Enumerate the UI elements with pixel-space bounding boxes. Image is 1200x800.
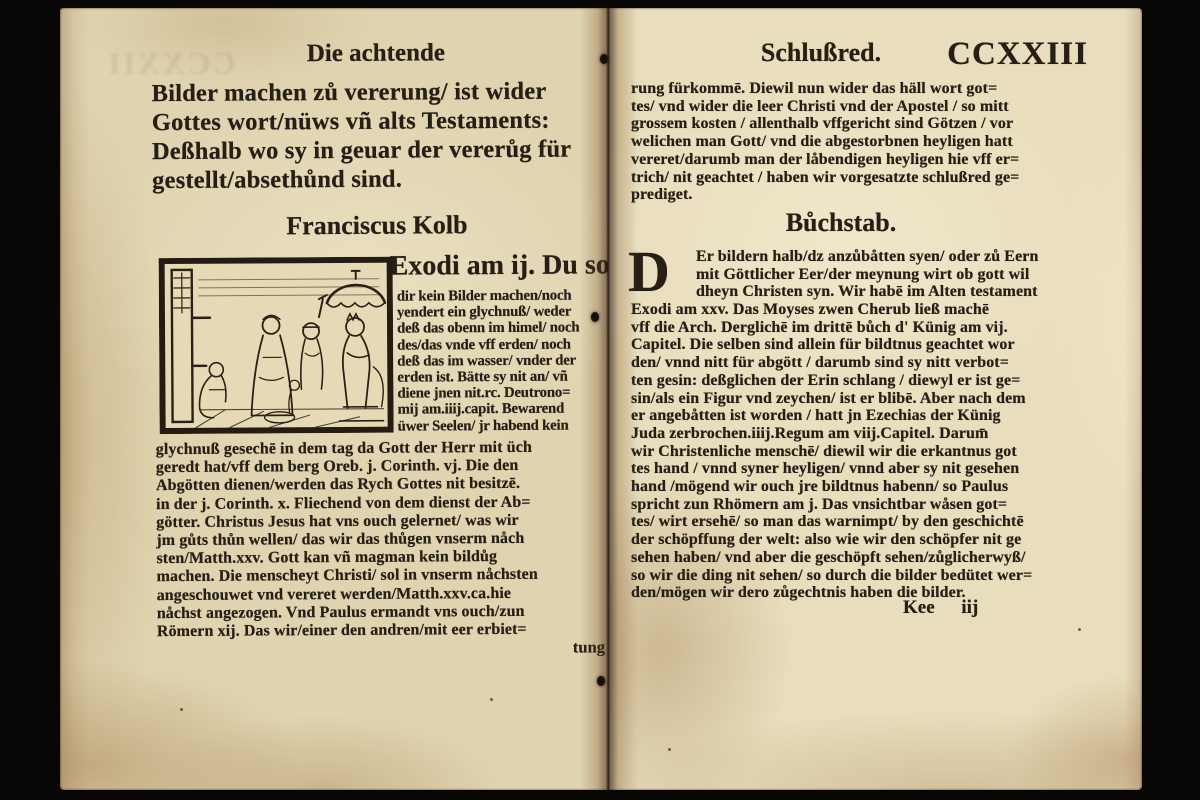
summary-line: gestellt/absethůnd sind. [152, 163, 604, 195]
right-page-content: Schlußred. CCXXIII rung fürkommē. Diewil… [608, 8, 1142, 790]
text-line: yendert ein glychnuß/ weder [397, 304, 579, 321]
right-body-text: Exodi am xxv. Das Moyses zwen Cherub lie… [631, 301, 1089, 602]
text-line: deß das obenn im himel/ noch [397, 320, 579, 337]
paper-speck [1078, 628, 1081, 631]
right-page: Schlußred. CCXXIII rung fürkommē. Diewil… [608, 8, 1142, 790]
text-line: sin/als ein Figur vnd zeychen/ ist er bl… [631, 390, 1089, 408]
summary-line: Deßhalb wo sy in geuar der vererůg für [152, 134, 604, 166]
intro-large-line: Exodi am ij. Du solt [390, 249, 608, 282]
running-header-left: Die achtende [153, 38, 598, 69]
text-line: tes/ vnd wider die leer Christi vnd der … [631, 98, 1089, 116]
text-line: sehen haben/ vnd aber die geschöpft sehe… [631, 549, 1089, 567]
summary-line: Gottes wort/nüws vñ alts Testaments: [152, 105, 604, 137]
dropcap-indented-lines: Er bildern halb/dz anzůbåtten syen/ oder… [696, 248, 1089, 301]
text-line: ten gesin: deßglichen der Erin schlang /… [631, 372, 1089, 390]
text-line: Er bildern halb/dz anzůbåtten syen/ oder… [696, 248, 1089, 266]
text-line: spricht zun Rhömern am j. Das vnsichtbar… [631, 496, 1089, 514]
drop-cap-D: D [628, 244, 670, 300]
closing-paragraph: rung fürkommē. Diewil nun wider das häll… [631, 80, 1089, 204]
left-body-text: glychnuß gesechē in dem tag da Gott der … [156, 438, 605, 641]
text-line: trich/ nit geachtet / haben wir vorgesat… [631, 169, 1089, 187]
text-line: Exodi am xxv. Das Moyses zwen Cherub lie… [631, 301, 1089, 319]
sewing-hole [600, 54, 608, 64]
text-line: vff die Arch. Derglichē im drittē bůch d… [631, 319, 1089, 337]
text-line: vereret/darumb man der låbendigen heylig… [631, 151, 1089, 169]
text-line: wir Christenliche menschē/ diewil wir di… [631, 443, 1089, 461]
summary-line: Bilder machen zů vererung/ ist wider [152, 76, 604, 108]
open-book: CCXXII Die achtende Bilder machen zů ver… [60, 8, 1142, 790]
paper-speck [180, 708, 183, 711]
left-page: CCXXII Die achtende Bilder machen zů ver… [60, 8, 608, 790]
folio-number: CCXXIII [938, 36, 1088, 73]
text-line: dheyn Christen syn. Wir habē im Alten te… [696, 283, 1089, 301]
text-line: hand /mögend wir ouch jre bildtnus haben… [631, 478, 1089, 496]
text-line: so wir die ding nit sehen/ so durch die … [631, 567, 1089, 585]
paper-speck [490, 698, 493, 701]
text-line: dir kein Bilder machen/noch [397, 288, 579, 305]
sewing-hole [591, 312, 599, 322]
text-line: machen. Die menscheyt Christi/ sol in vn… [157, 566, 605, 587]
woodcut-initial-E [159, 257, 394, 434]
chapter-summary: Bilder machen zů vererung/ ist widerGott… [152, 76, 605, 195]
text-line: erden ist. Bätte sy nit an/ vñ [397, 369, 579, 386]
text-line: den/ vnnd nitt für abgött / darumb sind … [631, 354, 1089, 372]
text-line: rung fürkommē. Diewil nun wider das häll… [631, 80, 1089, 98]
text-line: mit Göttlicher Eer/der meynung wirt ob g… [696, 266, 1089, 284]
text-line: welichen man Gott/ vnd die abgestorbnen … [631, 133, 1089, 151]
catchword: tung [157, 637, 605, 660]
text-line: tes hand / vnnd syner heyligen/ vnnd abe… [631, 460, 1089, 478]
sewing-hole [597, 676, 605, 686]
text-line: grossem kosten / allenthalb vffgericht s… [631, 115, 1089, 133]
text-line: mij am.iiij.capit. Bewarend [397, 401, 579, 418]
text-line: Capitel. Die selben sind allein für bild… [631, 336, 1089, 354]
section-heading-buchstab: Bůchstab. [631, 208, 1051, 238]
photo-background: CCXXII Die achtende Bilder machen zů ver… [0, 0, 1200, 800]
text-line: üwer Seelen/ jr habend kein [398, 417, 580, 434]
wrapped-text-column: dir kein Bilder machen/nochyendert ein g… [397, 288, 580, 435]
text-line: diene jnen nit.rc. Deutrono= [397, 385, 579, 402]
text-line: prediget. [631, 186, 1089, 204]
text-line: der schöpffung der welt: also wie wir de… [631, 531, 1089, 549]
left-page-content: CCXXII Die achtende Bilder machen zů ver… [60, 8, 608, 790]
text-line: des/das vnde vff erden/ noch [397, 336, 579, 353]
text-line: deß das im wasser/ vnder der [397, 352, 579, 369]
text-line: den/mögen wir dero zůgechtnis haben die … [631, 584, 1089, 602]
text-line: er angebåtten ist worden / hatt jn Ezech… [631, 407, 1089, 425]
signature-mark: Kee iij [903, 597, 978, 619]
text-line: tes/ wirt ersehē/ so man das warnimpt/ b… [631, 513, 1089, 531]
section-heading-franciscus-kolb: Franciscus Kolb [154, 209, 599, 242]
text-line: Juda zerbrochen.iiij.Regum am viij.Capit… [631, 425, 1089, 443]
paper-speck [668, 748, 671, 751]
